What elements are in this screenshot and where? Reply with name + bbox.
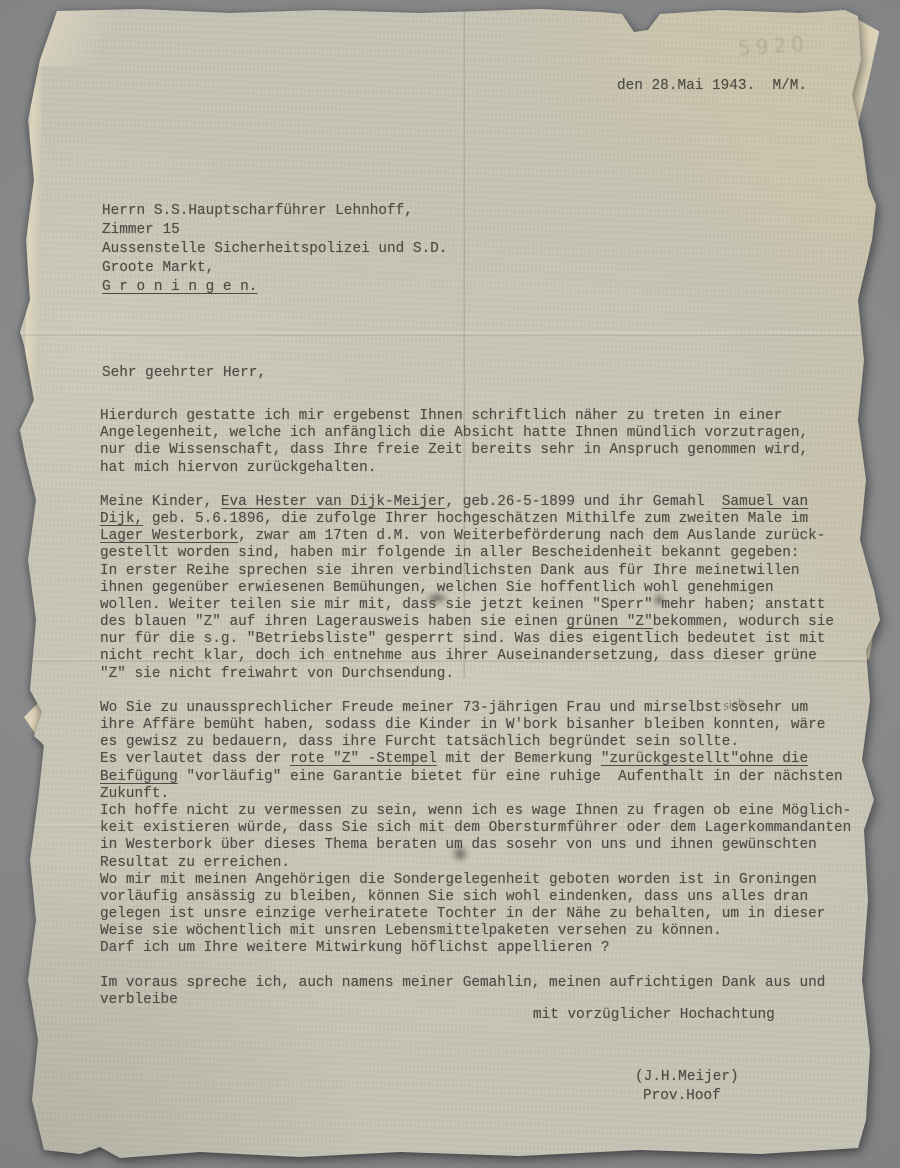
text-line: Zimmer 15 (102, 221, 447, 240)
paragraph: Meine Kinder, Eva Hester van Dijk-Meijer… (100, 494, 876, 683)
text-segment: es gewisz zu bedauern, dass ihre Furcht … (100, 734, 739, 750)
text-segment: , geb.26-5-1899 und ihr Gemahl (445, 494, 721, 510)
pencil-archive-number: 5920 (737, 32, 809, 61)
text-segment: Wo mir mit meinen Angehörigen die Sonder… (100, 872, 817, 888)
paragraph: Wo Sie zu unaussprechlicher Freude meine… (100, 700, 876, 958)
text-segment: geb. 5.6.1896, die zufolge Ihrer hochges… (143, 511, 808, 527)
text-line: Dijk, geb. 5.6.1896, die zufolge Ihrer h… (100, 511, 876, 528)
text-segment: Hierdurch gestatte ich mir ergebenst Ihn… (100, 408, 782, 424)
text-segment: Aussenstelle Sicherheitspolizei und S.D. (102, 241, 447, 257)
text-line: Es verlautet dass der rote "Z" -Stempel … (100, 751, 876, 768)
text-line: Angelegenheit, welche ich anfänglich die… (100, 425, 876, 442)
underlined-text: Lager Westerbork (100, 528, 238, 544)
signature-name: (J.H.Meijer) (635, 1068, 739, 1087)
text-segment: gelegen ist unsre einzige verheiratete T… (100, 906, 825, 922)
text-segment: ihre Affäre bemüht haben, sodass die Kin… (100, 717, 825, 733)
text-line: ihnen gegenüber erwiesenen Bemühungen, w… (100, 580, 876, 597)
text-line: ihre Affäre bemüht haben, sodass die Kin… (100, 717, 876, 734)
underlined-text: "zurückgestellt" (601, 751, 739, 767)
text-segment: Zukunft. (100, 786, 169, 802)
text-segment: Groote Markt, (102, 260, 214, 276)
text-segment: Im voraus spreche ich, auch namens meine… (100, 975, 825, 991)
text-line: In erster Reihe sprechen sie ihren verbi… (100, 563, 876, 580)
text-line: Wo mir mit meinen Angehörigen die Sonder… (100, 872, 876, 889)
text-segment: In erster Reihe sprechen sie ihren verbi… (100, 563, 800, 579)
text-segment: nur die Wissenschaft, dass Ihre freie Ze… (100, 442, 808, 458)
text-segment: bekommen, wodurch sie (653, 614, 834, 630)
text-segment: Darf ich um Ihre weitere Mitwirkung höfl… (100, 940, 610, 956)
text-line: Meine Kinder, Eva Hester van Dijk-Meijer… (100, 494, 876, 511)
signature-title: Prov.Hoof (635, 1087, 739, 1106)
text-line: Ich hoffe nicht zu vermessen zu sein, we… (100, 803, 876, 820)
text-segment: "vorläufig" eine Garantie bietet für ein… (178, 769, 843, 785)
handwritten-word: sich (721, 694, 745, 715)
text-line: Darf ich um Ihre weitere Mitwirkung höfl… (100, 940, 876, 957)
text-segment: des blauen "Z" auf ihren Lagerausweis ha… (100, 614, 566, 630)
text-segment: Weise sie wöchentlich mit unsren Lebensm… (100, 923, 722, 939)
text-segment: , zwar am 17ten d.M. von Weiterbeförderu… (238, 528, 825, 544)
text-line: Beifügung "vorläufig" eine Garantie biet… (100, 769, 876, 786)
underlined-text: ohne die (739, 751, 808, 767)
text-line: Weise sie wöchentlich mit unsren Lebensm… (100, 923, 876, 940)
underlined-text: Eva Hester van Dijk-Meijer (221, 494, 446, 510)
date-line: den 28.Mai 1943. M/M. (617, 78, 807, 94)
underlined-text: Samuel van (722, 494, 808, 510)
text-line: wollen. Weiter teilen sie mir mit, dass … (100, 597, 876, 614)
recipient-address: Herrn S.S.Hauptscharführer Lehnhoff,Zimm… (102, 202, 447, 297)
text-line: Groote Markt, (102, 259, 447, 278)
text-line: in Westerbork über dieses Thema beraten … (100, 837, 876, 854)
text-segment: keit existieren würde, dass Sie sich mit… (100, 820, 851, 836)
text-line: hat mich hiervon zurückgehalten. (100, 460, 876, 477)
underlined-text: Dijk, (100, 511, 143, 527)
text-line: Lager Westerbork, zwar am 17ten d.M. von… (100, 528, 876, 545)
text-segment: Es verlautet dass der (100, 751, 290, 767)
text-segment: nicht recht klar, doch ich entnehme aus … (100, 648, 817, 664)
text-segment: gestellt worden sind, haben mir folgende… (100, 545, 800, 561)
salutation: Sehr geehrter Herr, (102, 365, 266, 381)
text-segment: in Westerbork über dieses Thema beraten … (100, 837, 817, 853)
text-line: Wo Sie zu unaussprechlicher Freude meine… (100, 700, 876, 717)
folded-edge-left (24, 40, 45, 410)
text-line: Herrn S.S.Hauptscharführer Lehnhoff, (102, 202, 447, 221)
valediction: mit vorzüglicher Hochachtung (533, 1007, 775, 1023)
text-segment: verbleibe (100, 992, 178, 1008)
signature-block: (J.H.Meijer) Prov.Hoof (635, 1068, 739, 1106)
text-segment: hat mich hiervon zurückgehalten. (100, 460, 376, 476)
text-line: des blauen "Z" auf ihren Lagerausweis ha… (100, 614, 876, 631)
horizontal-fold-crease-1 (20, 332, 882, 336)
letter-body: Hierdurch gestatte ich mir ergebenst Ihn… (100, 408, 876, 1009)
text-line: gelegen ist unsre einzige verheiratete T… (100, 906, 876, 923)
letter-paper: 5920 den 28.Mai 1943. M/M. Herrn S.S.Hau… (20, 6, 882, 1162)
corner-fold-top-left (34, 8, 154, 66)
text-segment: nur für die s.g. "Betriebsliste" gesperr… (100, 631, 825, 647)
text-line: vorläufig ansässig zu bleiben, können Si… (100, 889, 876, 906)
text-line: Im voraus spreche ich, auch namens meine… (100, 975, 876, 992)
text-line: gestellt worden sind, haben mir folgende… (100, 545, 876, 562)
text-line: Hierdurch gestatte ich mir ergebenst Ihn… (100, 408, 876, 425)
text-segment: "Z" sie nicht freiwahrt von Durchsendung… (100, 666, 454, 682)
underlined-text: G r o n i n g e n. (102, 279, 257, 295)
scan-background: { "colors": { "background": "#8a8c8e", "… (0, 0, 900, 1168)
letter-paper-wrapper: 5920 den 28.Mai 1943. M/M. Herrn S.S.Hau… (0, 0, 900, 1168)
text-segment: wollen. Weiter teilen sie mir mit, dass … (100, 597, 825, 613)
paragraph: Hierdurch gestatte ich mir ergebenst Ihn… (100, 408, 876, 477)
text-line: "Z" sie nicht freiwahrt von Durchsendung… (100, 666, 876, 683)
text-line: Resultat zu erreichen. (100, 855, 876, 872)
underlined-text: rote "Z" -Stempel (290, 751, 437, 767)
text-segment: Zimmer 15 (102, 222, 180, 238)
text-segment: vorläufig ansässig zu bleiben, können Si… (100, 889, 808, 905)
text-line: nur für die s.g. "Betriebsliste" gesperr… (100, 631, 876, 648)
text-segment: Meine Kinder, (100, 494, 221, 510)
text-segment: Herrn S.S.Hauptscharführer Lehnhoff, (102, 203, 413, 219)
text-line: nur die Wissenschaft, dass Ihre freie Ze… (100, 442, 876, 459)
underlined-text: grünen "Z" (566, 614, 652, 630)
text-line: Aussenstelle Sicherheitspolizei und S.D. (102, 240, 447, 259)
paragraph: Im voraus spreche ich, auch namens meine… (100, 975, 876, 1009)
text-segment: Ich hoffe nicht zu vermessen zu sein, we… (100, 803, 851, 819)
text-line: nicht recht klar, doch ich entnehme aus … (100, 648, 876, 665)
text-line: es gewisz zu bedauern, dass ihre Furcht … (100, 734, 876, 751)
text-segment: Wo Sie zu unaussprechlicher Freude meine… (100, 700, 722, 716)
text-segment: Resultat zu erreichen. (100, 855, 290, 871)
text-segment: ihnen gegenüber erwiesenen Bemühungen, w… (100, 580, 774, 596)
text-line: G r o n i n g e n. (102, 278, 447, 297)
text-segment: Angelegenheit, welche ich anfänglich die… (100, 425, 808, 441)
text-line: keit existieren würde, dass Sie sich mit… (100, 820, 876, 837)
text-line: Zukunft. (100, 786, 876, 803)
underlined-text: Beifügung (100, 769, 178, 785)
text-segment: mit der Bemerkung (437, 751, 601, 767)
